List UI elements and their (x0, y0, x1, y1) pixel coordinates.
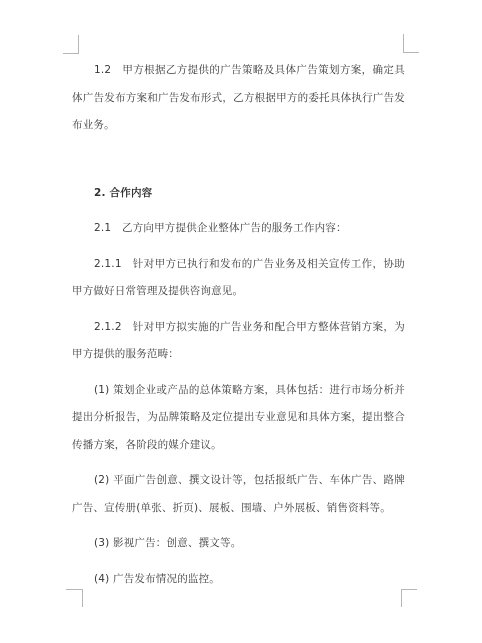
list-item-3: (3) 影视广告：创意、撰文等。 (72, 530, 405, 558)
paragraph-1-2: 1.2 甲方根据乙方提供的广告策略及具体广告策划方案，确定具体广告发布方案和广告… (72, 57, 405, 140)
list-item-4: (4) 广告发布情况的监控。 (72, 566, 405, 594)
list-item-2: (2) 平面广告创意、撰文设计等，包括报纸广告、车体广告、路牌广告、宣传册(单张… (72, 467, 405, 522)
crop-mark-top-left (63, 35, 79, 54)
paragraph-2-1-1: 2.1.1 针对甲方已执行和发布的广告业务及相关宣传工作，协助甲方做好日常管理及… (72, 251, 405, 306)
paragraph-2-1: 2.1 乙方向甲方提供企业整体广告的服务工作内容： (72, 215, 405, 243)
paragraph-2-1-2: 2.1.2 针对甲方拟实施的广告业务和配合甲方整体营销方案，为甲方提供的服务范畴… (72, 314, 405, 369)
list-item-1: (1) 策划企业或产品的总体策略方案，具体包括：进行市场分析并提出分析报告，为品… (72, 377, 405, 460)
document-text-area: 1.2 甲方根据乙方提供的广告策略及具体广告策划方案，确定具体广告发布方案和广告… (72, 57, 405, 601)
heading-cooperation-content: 2. 合作内容 (72, 180, 405, 208)
crop-mark-top-right (403, 34, 419, 53)
document-page: 1.2 甲方根据乙方提供的广告策略及具体广告策划方案，确定具体广告发布方案和广告… (0, 0, 482, 643)
